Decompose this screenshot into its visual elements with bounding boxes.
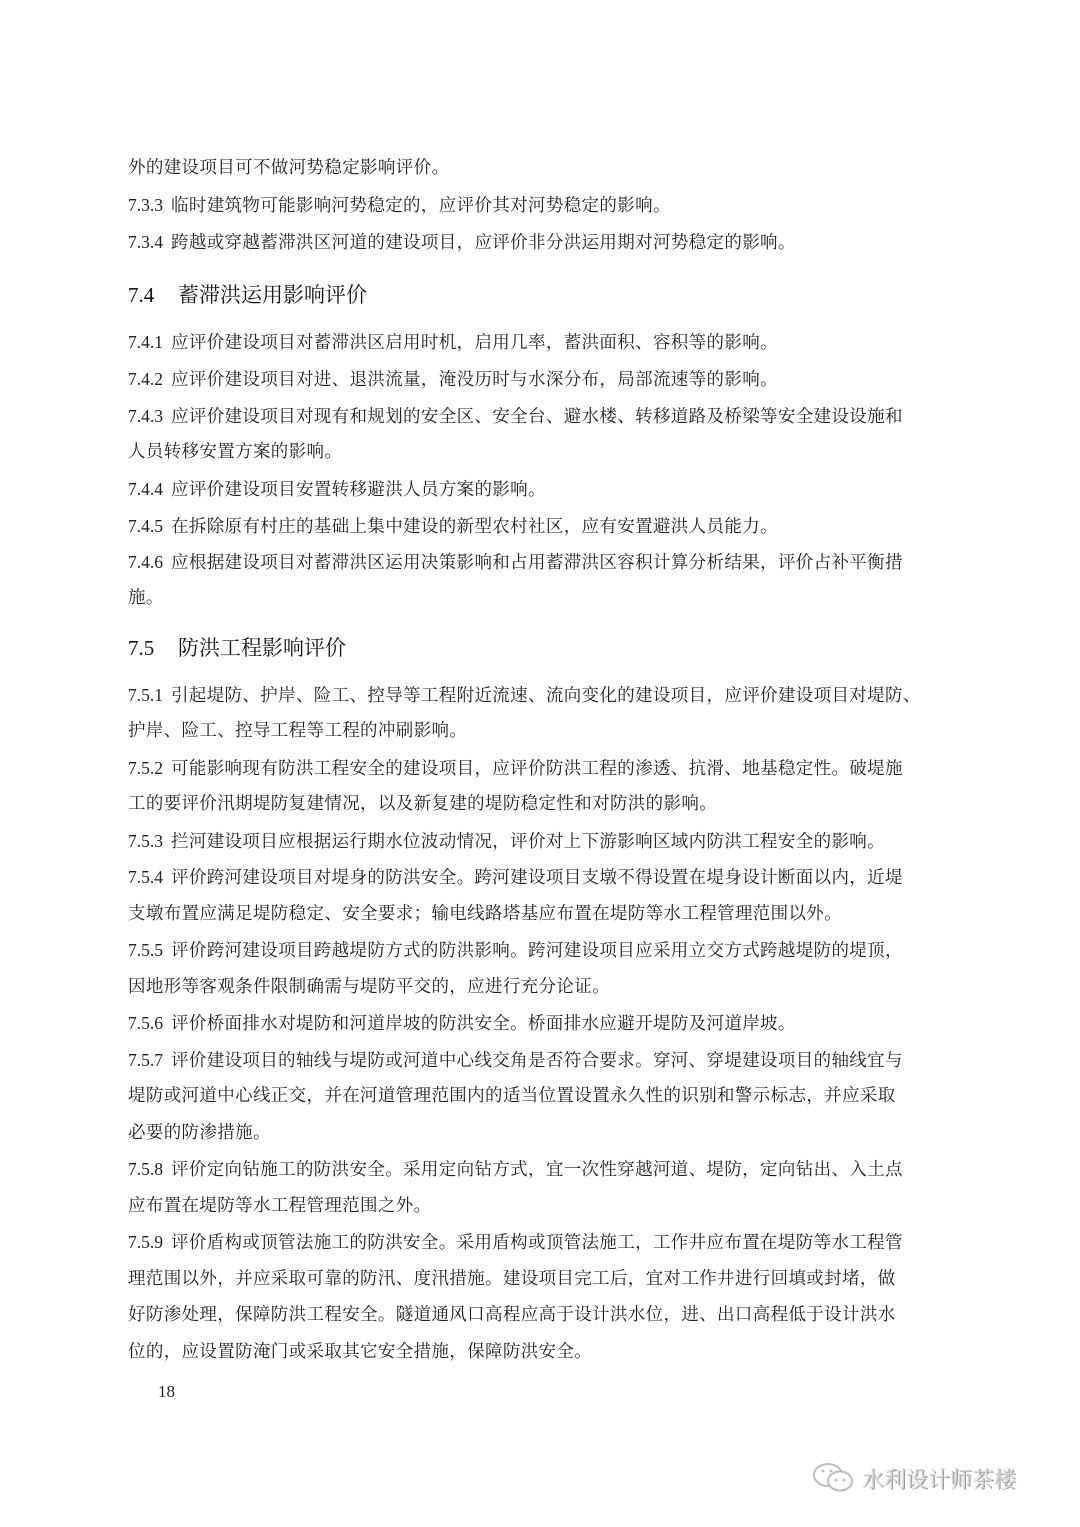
clause-number: 7.4.3: [128, 406, 163, 426]
paragraph-line: 理范围以外，并应采取可靠的防汛、度汛措施。建设项目完工后，宜对工作井进行回填或封…: [128, 1267, 958, 1291]
clause-7-5-1: 7.5.1引起堤防、护岸、险工、控导等工程附近流速、流向变化的建设项目，应评价建…: [128, 683, 958, 708]
clause-7-5-5: 7.5.5评价跨河建设项目跨越堤防方式的防洪影响。跨河建设项目应采用立交方式跨越…: [128, 938, 958, 963]
line-text: 工的要评价汛期堤防复建情况，以及新复建的堤防稳定性和对防洪的影响。: [128, 794, 717, 814]
document-page: 外的建设项目可不做河势稳定影响评价。 7.3.3临时建筑物可能影响河势稳定的，应…: [0, 0, 1080, 1527]
clause-text: 应评价建设项目对现有和规划的安全区、安全台、避水楼、转移道路及桥梁等安全建设设施…: [171, 407, 903, 427]
clause-number: 7.4.2: [128, 369, 163, 389]
watermark-text: 水利设计师茶楼: [862, 1463, 1016, 1494]
line-text: 位的，应设置防淹门或采取其它安全措施，保障防洪安全。: [128, 1342, 592, 1362]
section-title: 防洪工程影响评价: [178, 636, 346, 660]
clause-number: 7.5.5: [128, 940, 163, 960]
clause-text: 跨越或穿越蓄滞洪区河道的建设项目，应评价非分洪运用期对河势稳定的影响。: [171, 233, 796, 253]
clause-text: 评价盾构或顶管法施工的防洪安全。采用盾构或顶管法施工，工作井应布置在堤防等水工程…: [171, 1233, 903, 1253]
section-number: 7.4: [128, 281, 178, 309]
clause-number: 7.5.3: [128, 831, 163, 851]
paragraph-line: 支墩布置应满足堤防稳定、安全要求；输电线路塔基应布置在堤防等水工程管理范围以外。: [128, 902, 958, 926]
clause-7-5-9: 7.5.9评价盾构或顶管法施工的防洪安全。采用盾构或顶管法施工，工作井应布置在堤…: [128, 1230, 958, 1255]
paragraph-line: 位的，应设置防淹门或采取其它安全措施，保障防洪安全。: [128, 1340, 958, 1364]
line-text: 施。: [128, 588, 164, 608]
paragraph-line: 应布置在堤防等水工程管理范围之外。: [128, 1194, 958, 1218]
clause-number: 7.3.4: [128, 232, 163, 252]
section-title: 蓄滞洪运用影响评价: [178, 283, 367, 307]
paragraph-line: 堤防或河道中心线正交，并在河道管理范围内的适当位置设置永久性的识别和警示标志，并…: [128, 1084, 958, 1108]
clause-number: 7.5.4: [128, 867, 163, 887]
clause-text: 评价跨河建设项目对堤身的防洪安全。跨河建设项目支墩不得设置在堤身设计断面以内，近…: [171, 868, 903, 888]
clause-7-5-6: 7.5.6评价桥面排水对堤防和河道岸坡的防洪安全。桥面排水应避开堤防及河道岸坡。: [128, 1011, 958, 1036]
clause-7-5-8: 7.5.8评价定向钻施工的防洪安全。采用定向钻方式，宜一次性穿越河道、堤防，定向…: [128, 1157, 958, 1182]
clause-number: 7.4.1: [128, 332, 163, 352]
clause-number: 7.5.1: [128, 685, 163, 705]
paragraph-line: 护岸、险工、控导工程等工程的冲刷影响。: [128, 719, 958, 743]
page-number: 18: [158, 1382, 175, 1402]
line-text: 人员转移安置方案的影响。: [128, 442, 342, 462]
line-text: 必要的防渗措施。: [128, 1123, 271, 1143]
clause-text: 应评价建设项目对进、退洪流量，淹没历时与水深分布，局部流速等的影响。: [171, 370, 778, 390]
watermark: 水利设计师茶楼: [812, 1462, 1016, 1494]
section-number: 7.5: [128, 634, 178, 662]
clause-text: 拦河建设项目应根据运行期水位波动情况，评价对上下游影响区域内防洪工程安全的影响。: [171, 832, 885, 852]
line-text: 应布置在堤防等水工程管理范围之外。: [128, 1196, 431, 1216]
clause-7-4-5: 7.4.5在拆除原有村庄的基础上集中建设的新型农村社区，应有安置避洪人员能力。: [128, 514, 958, 539]
line-text: 堤防或河道中心线正交，并在河道管理范围内的适当位置设置永久性的识别和警示标志，并…: [128, 1086, 896, 1106]
clause-7-5-2: 7.5.2可能影响现有防洪工程安全的建设项目，应评价防洪工程的渗透、抗滑、地基稳…: [128, 756, 958, 781]
clause-7-5-4: 7.5.4评价跨河建设项目对堤身的防洪安全。跨河建设项目支墩不得设置在堤身设计断…: [128, 865, 958, 890]
clause-number: 7.5.2: [128, 758, 163, 778]
paragraph-line: 施。: [128, 586, 958, 610]
clause-7-4-3: 7.4.3应评价建设项目对现有和规划的安全区、安全台、避水楼、转移道路及桥梁等安…: [128, 404, 958, 429]
clause-text: 可能影响现有防洪工程安全的建设项目，应评价防洪工程的渗透、抗滑、地基稳定性。破堤…: [171, 759, 903, 779]
section-heading-7-4: 7.4蓄滞洪运用影响评价: [128, 281, 367, 309]
clause-7-5-3: 7.5.3拦河建设项目应根据运行期水位波动情况，评价对上下游影响区域内防洪工程安…: [128, 829, 958, 854]
clause-number: 7.3.3: [128, 195, 163, 215]
clause-text: 在拆除原有村庄的基础上集中建设的新型农村社区，应有安置避洪人员能力。: [171, 517, 778, 537]
line-text: 因地形等客观条件限制确需与堤防平交的，应进行充分论证。: [128, 977, 610, 997]
paragraph-line: 好防渗处理，保障防洪工程安全。隧道通风口高程应高于设计洪水位，进、出口高程低于设…: [128, 1303, 958, 1327]
clause-number: 7.4.5: [128, 516, 163, 536]
clause-7-4-4: 7.4.4应评价建设项目安置转移避洪人员方案的影响。: [128, 477, 958, 502]
paragraph-line: 工的要评价汛期堤防复建情况，以及新复建的堤防稳定性和对防洪的影响。: [128, 792, 958, 816]
clause-text: 应评价建设项目安置转移避洪人员方案的影响。: [171, 480, 546, 500]
clause-number: 7.5.9: [128, 1232, 163, 1252]
clause-7-3-3: 7.3.3临时建筑物可能影响河势稳定的，应评价其对河势稳定的影响。: [128, 193, 958, 218]
clause-number: 7.5.7: [128, 1050, 163, 1070]
clause-text: 应根据建设项目对蓄滞洪区运用决策影响和占用蓄滞洪区容积计算分析结果，评价占补平衡…: [171, 553, 903, 573]
paragraph-line: 必要的防渗措施。: [128, 1121, 958, 1145]
paragraph-line: 外的建设项目可不做河势稳定影响评价。: [128, 156, 958, 180]
clause-number: 7.4.6: [128, 552, 163, 572]
section-heading-7-5: 7.5防洪工程影响评价: [128, 634, 346, 662]
clause-text: 引起堤防、护岸、险工、控导等工程附近流速、流向变化的建设项目，应评价建设项目对堤…: [171, 686, 921, 706]
clause-text: 评价定向钻施工的防洪安全。采用定向钻方式，宜一次性穿越河道、堤防，定向钻出、入土…: [171, 1160, 903, 1180]
clause-number: 7.5.8: [128, 1159, 163, 1179]
clause-7-4-2: 7.4.2应评价建设项目对进、退洪流量，淹没历时与水深分布，局部流速等的影响。: [128, 367, 958, 392]
clause-text: 评价桥面排水对堤防和河道岸坡的防洪安全。桥面排水应避开堤防及河道岸坡。: [171, 1014, 796, 1034]
paragraph-line: 因地形等客观条件限制确需与堤防平交的，应进行充分论证。: [128, 975, 958, 999]
clause-number: 7.4.4: [128, 479, 163, 499]
clause-number: 7.5.6: [128, 1013, 163, 1033]
line-text: 支墩布置应满足堤防稳定、安全要求；输电线路塔基应布置在堤防等水工程管理范围以外。: [128, 904, 842, 924]
clause-text: 应评价建设项目对蓄滞洪区启用时机，启用几率，蓄洪面积、容积等的影响。: [171, 333, 778, 353]
line-text: 理范围以外，并应采取可靠的防汛、度汛措施。建设项目完工后，宜对工作井进行回填或封…: [128, 1269, 896, 1289]
clause-7-3-4: 7.3.4跨越或穿越蓄滞洪区河道的建设项目，应评价非分洪运用期对河势稳定的影响。: [128, 230, 958, 255]
clause-7-4-6: 7.4.6应根据建设项目对蓄滞洪区运用决策影响和占用蓄滞洪区容积计算分析结果，评…: [128, 550, 958, 575]
line-text: 护岸、险工、控导工程等工程的冲刷影响。: [128, 721, 467, 741]
line-text: 外的建设项目可不做河势稳定影响评价。: [128, 158, 449, 178]
clause-7-5-7: 7.5.7评价建设项目的轴线与堤防或河道中心线交角是否符合要求。穿河、穿堤建设项…: [128, 1048, 958, 1073]
paragraph-line: 人员转移安置方案的影响。: [128, 440, 958, 464]
clause-text: 临时建筑物可能影响河势稳定的，应评价其对河势稳定的影响。: [171, 196, 671, 216]
clause-text: 评价跨河建设项目跨越堤防方式的防洪影响。跨河建设项目应采用立交方式跨越堤防的堤顶…: [171, 941, 903, 961]
line-text: 好防渗处理，保障防洪工程安全。隧道通风口高程应高于设计洪水位，进、出口高程低于设…: [128, 1305, 896, 1325]
wechat-icon: [812, 1462, 856, 1494]
clause-7-4-1: 7.4.1应评价建设项目对蓄滞洪区启用时机，启用几率，蓄洪面积、容积等的影响。: [128, 330, 958, 355]
clause-text: 评价建设项目的轴线与堤防或河道中心线交角是否符合要求。穿河、穿堤建设项目的轴线宜…: [171, 1051, 903, 1071]
